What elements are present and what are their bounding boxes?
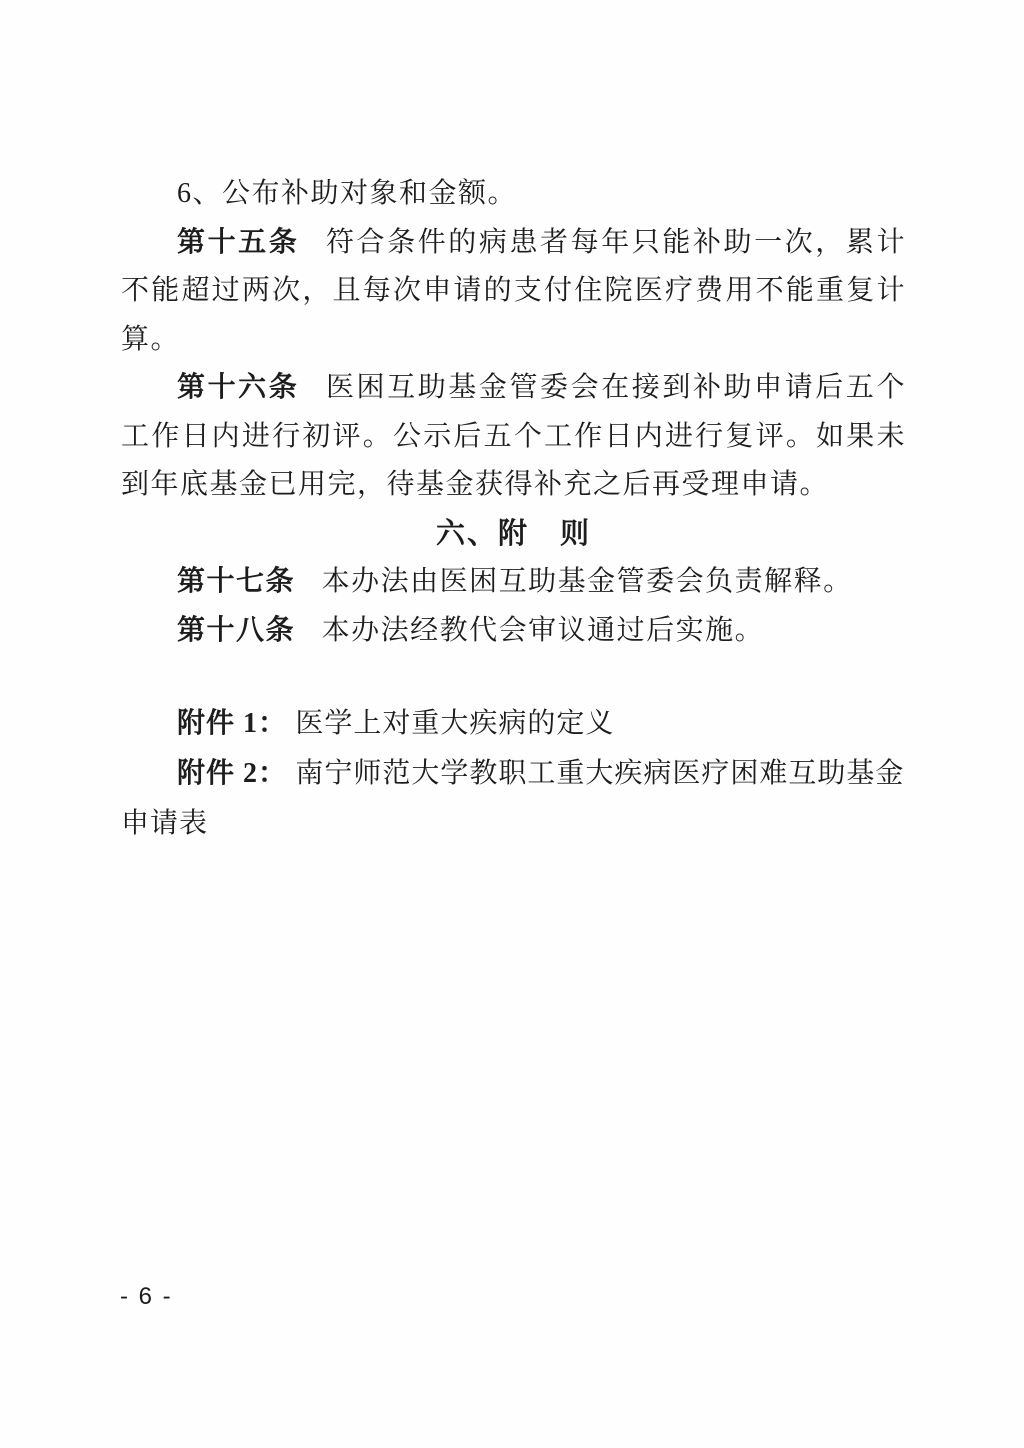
attachment-label: 附件 2： xyxy=(177,758,287,789)
document-body: 6、公布补助对象和金额。 第十五条符合条件的病患者每年只能补助一次，累计不能超过… xyxy=(121,170,906,849)
attachment-item-1: 附件 1：医学上对重大疾病的定义 xyxy=(121,699,906,749)
article-number-label: 第十五条 xyxy=(177,227,299,258)
section-heading: 六、附 则 xyxy=(121,510,906,559)
article-number-label: 第十七条 xyxy=(177,566,295,597)
article-number-label: 第十六条 xyxy=(177,372,299,403)
paragraph-list-item-6: 6、公布补助对象和金额。 xyxy=(121,170,906,219)
paragraph-text: 6、公布补助对象和金额。 xyxy=(177,178,517,209)
attachment-item-2: 附件 2：南宁师范大学教职工重大疾病医疗困难互助基金申请表 xyxy=(121,749,906,849)
paragraph-article-18: 第十八条本办法经教代会审议通过后实施。 xyxy=(121,607,906,656)
document-page: 6、公布补助对象和金额。 第十五条符合条件的病患者每年只能补助一次，累计不能超过… xyxy=(0,0,1024,1448)
paragraph-text: 本办法由医困互助基金管委会负责解释。 xyxy=(322,566,853,597)
article-number-label: 第十八条 xyxy=(177,615,295,646)
page-number: - 6 - xyxy=(120,1283,173,1311)
attachment-label: 附件 1： xyxy=(177,708,287,739)
paragraph-article-15: 第十五条符合条件的病患者每年只能补助一次，累计不能超过两次，且每次申请的支付住院… xyxy=(121,219,906,365)
paragraph-text: 本办法经教代会审议通过后实施。 xyxy=(322,615,765,646)
paragraph-article-17: 第十七条本办法由医困互助基金管委会负责解释。 xyxy=(121,558,906,607)
paragraph-article-16: 第十六条医困互助基金管委会在接到补助申请后五个工作日内进行初评。公示后五个工作日… xyxy=(121,364,906,510)
attachments-list: 附件 1：医学上对重大疾病的定义 附件 2：南宁师范大学教职工重大疾病医疗困难互… xyxy=(121,699,906,849)
attachment-title: 医学上对重大疾病的定义 xyxy=(295,708,614,739)
